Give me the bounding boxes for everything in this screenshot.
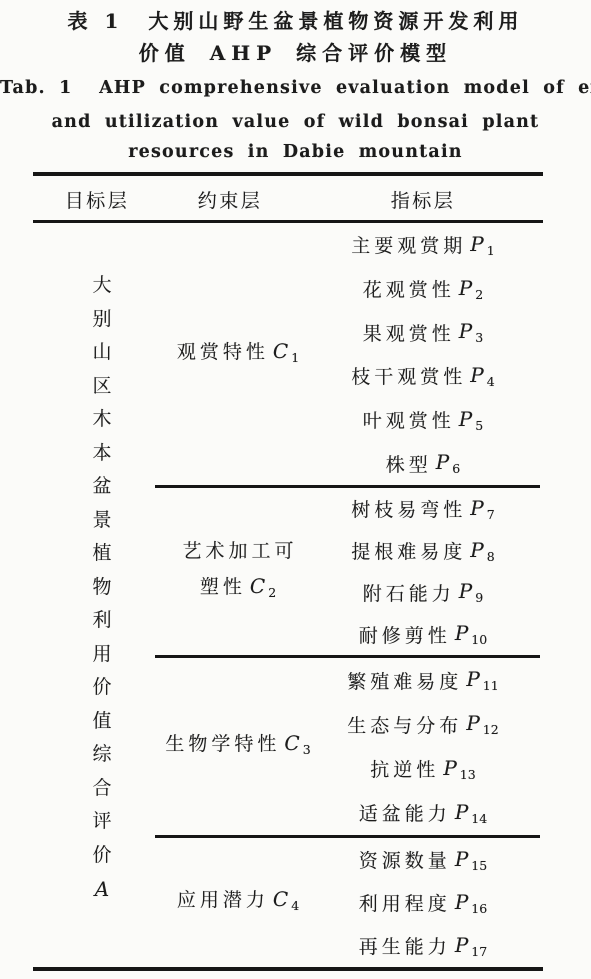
indicator-row: 耐修剪性P10 <box>323 613 523 655</box>
indicator-row: 适盆能力P14 <box>323 791 523 835</box>
goal-char: 山 <box>92 343 111 363</box>
indicator-symbol: P16 <box>455 890 487 916</box>
table-caption-en-line1: Tab. 1 AHP comprehensive evaluation mode… <box>0 77 591 99</box>
indicator-row: 提根难易度P8 <box>323 530 523 572</box>
goal-char: 综 <box>92 745 111 765</box>
indicator-row: 枝干观赏性P4 <box>323 354 523 398</box>
indicator-symbol: P15 <box>455 847 487 873</box>
constraint-cell-c4: 应用潜力C4 <box>140 838 336 967</box>
indicator-name: 繁殖难易度 <box>347 667 462 694</box>
indicator-row: 再生能力P17 <box>323 924 523 967</box>
indicator-name: 利用程度 <box>359 889 451 916</box>
indicator-row: 资源数量P15 <box>323 838 523 881</box>
indicator-row: 树枝易弯性P7 <box>323 488 523 530</box>
indicator-row: 果观赏性P3 <box>323 310 523 354</box>
indicator-symbol: P2 <box>459 276 483 302</box>
goal-layer-vertical-text: 大 别 山 区 木 本 盆 景 植 物 利 用 价 值 综 合 评 价 A <box>88 276 116 900</box>
indicator-list-section-1: 主要观赏期P1 花观赏性P2 果观赏性P3 枝干观赏性P4 叶观赏性P5 株型P… <box>323 223 523 485</box>
indicator-symbol: P9 <box>459 579 483 605</box>
constraint-label: 生物学特性C3 <box>165 726 310 767</box>
indicator-name: 提根难易度 <box>351 537 466 564</box>
indicator-symbol: P6 <box>436 450 460 476</box>
constraint-symbol: C3 <box>284 731 310 755</box>
constraint-symbol: C4 <box>273 887 299 911</box>
constraint-symbol: C1 <box>273 339 299 363</box>
indicator-name: 叶观赏性 <box>363 406 455 433</box>
goal-char: 盆 <box>92 477 111 497</box>
goal-char: 值 <box>92 712 111 732</box>
indicator-symbol: P12 <box>466 711 498 737</box>
constraint-symbol: C2 <box>250 574 276 598</box>
indicator-symbol: P17 <box>455 933 487 959</box>
indicator-name: 主要观赏期 <box>351 231 466 258</box>
indicator-row: 抗逆性P13 <box>323 747 523 791</box>
indicator-symbol: P4 <box>470 363 494 389</box>
indicator-symbol: P1 <box>470 232 494 258</box>
constraint-label-line1: 艺术加工可 <box>182 534 293 569</box>
table-caption-zh-line2: 价值 AHP 综合评价模型 <box>0 40 591 66</box>
indicator-symbol: P7 <box>470 496 494 522</box>
column-header-indicator-layer: 指标层 <box>353 190 493 212</box>
constraint-name: 艺术加工可 <box>182 540 297 562</box>
indicator-row: 花观赏性P2 <box>323 267 523 311</box>
indicator-symbol: P10 <box>455 621 487 647</box>
goal-char: 大 <box>92 276 111 296</box>
indicator-row: 繁殖难易度P11 <box>323 658 523 702</box>
goal-char: 价 <box>92 678 111 698</box>
indicator-row: 利用程度P16 <box>323 881 523 924</box>
goal-char: 用 <box>92 645 111 665</box>
constraint-name: 塑性 <box>200 576 246 598</box>
indicator-symbol: P5 <box>459 407 483 433</box>
indicator-name: 果观赏性 <box>363 319 455 346</box>
indicator-row: 主要观赏期P1 <box>323 223 523 267</box>
column-header-goal-layer: 目标层 <box>27 190 167 212</box>
indicator-name: 耐修剪性 <box>359 621 451 648</box>
indicator-name: 生态与分布 <box>347 711 462 738</box>
goal-char: 合 <box>92 779 111 799</box>
constraint-name: 生物学特性 <box>165 733 280 755</box>
goal-char: 利 <box>92 611 111 631</box>
goal-char: 景 <box>92 511 111 531</box>
paper-table-page: 表 1 大别山野生盆景植物资源开发利用 价值 AHP 综合评价模型 Tab. 1… <box>0 0 591 979</box>
constraint-label-line2: 塑性C2 <box>200 569 276 610</box>
goal-char: 本 <box>92 444 111 464</box>
indicator-symbol: P13 <box>443 756 475 782</box>
constraint-cell-c1: 观赏特性C1 <box>140 223 336 485</box>
table-caption-zh-line1: 表 1 大别山野生盆景植物资源开发利用 <box>0 8 591 34</box>
indicator-name: 枝干观赏性 <box>351 362 466 389</box>
table-top-rule <box>33 172 543 176</box>
indicator-list-section-3: 繁殖难易度P11 生态与分布P12 抗逆性P13 适盆能力P14 <box>323 658 523 835</box>
indicator-name: 适盆能力 <box>359 799 451 826</box>
indicator-row: 株型P6 <box>323 441 523 485</box>
indicator-row: 附石能力P9 <box>323 572 523 614</box>
constraint-label: 观赏特性C1 <box>177 334 299 375</box>
table-bottom-rule <box>33 967 543 971</box>
goal-symbol-A: A <box>95 879 109 900</box>
constraint-name: 观赏特性 <box>177 341 269 363</box>
indicator-symbol: P11 <box>466 667 498 693</box>
indicator-name: 花观赏性 <box>363 275 455 302</box>
constraint-label: 应用潜力C4 <box>177 882 299 923</box>
column-header-constraint-layer: 约束层 <box>160 190 300 212</box>
indicator-row: 叶观赏性P5 <box>323 398 523 442</box>
indicator-name: 再生能力 <box>359 932 451 959</box>
indicator-row: 生态与分布P12 <box>323 702 523 746</box>
goal-char: 区 <box>92 377 111 397</box>
goal-char: 别 <box>92 310 111 330</box>
table-caption-en-line2: and utilization value of wild bonsai pla… <box>0 111 591 133</box>
constraint-cell-c3: 生物学特性C3 <box>140 658 336 835</box>
goal-char: 物 <box>92 578 111 598</box>
indicator-list-section-2: 树枝易弯性P7 提根难易度P8 附石能力P9 耐修剪性P10 <box>323 488 523 655</box>
constraint-cell-c2: 艺术加工可 塑性C2 <box>140 488 336 655</box>
indicator-name: 资源数量 <box>359 846 451 873</box>
constraint-name: 应用潜力 <box>177 889 269 911</box>
indicator-symbol: P8 <box>470 538 494 564</box>
goal-char: 价 <box>92 846 111 866</box>
indicator-name: 树枝易弯性 <box>351 495 466 522</box>
indicator-name: 抗逆性 <box>370 755 439 782</box>
indicator-name: 株型 <box>386 450 432 477</box>
indicator-symbol: P14 <box>455 800 487 826</box>
goal-char: 评 <box>92 812 111 832</box>
goal-char: 植 <box>92 544 111 564</box>
indicator-name: 附石能力 <box>363 579 455 606</box>
table-caption-en-line3: resources in Dabie mountain <box>0 141 591 163</box>
indicator-symbol: P3 <box>459 319 483 345</box>
goal-char: 木 <box>92 410 111 430</box>
indicator-list-section-4: 资源数量P15 利用程度P16 再生能力P17 <box>323 838 523 967</box>
